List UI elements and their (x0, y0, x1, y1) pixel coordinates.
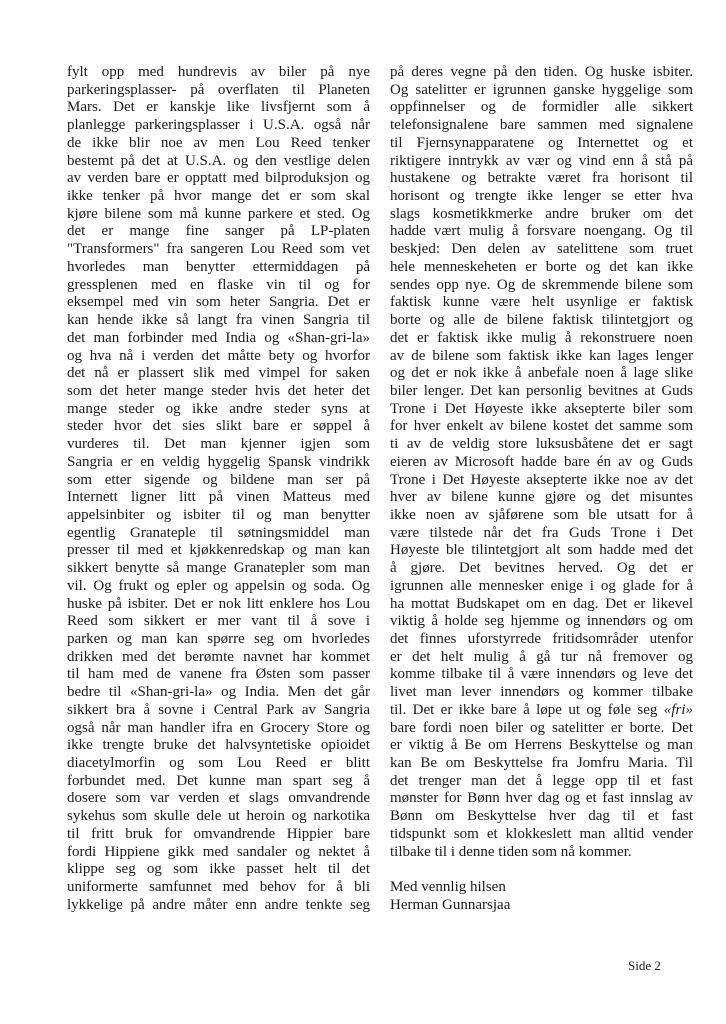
text-line: diacetylmorfin og som Lou Reed er blitt (67, 755, 370, 773)
text-line: planlegge parkeringsplasser i U.S.A. ogs… (67, 117, 370, 135)
text-line: beskjed: Den delen av satelittene som tr… (390, 241, 693, 259)
text-line: ikke noen av sjåførene som ble utsatt fo… (390, 507, 693, 525)
text-line: lykkelige på andre måter enn andre tenkt… (67, 897, 370, 915)
text-line: sendes opp nye. Og de skremmende bilene … (390, 277, 693, 295)
text-line: Trone i Det Høyeste aksepterte ikke noe … (390, 472, 693, 490)
closing-greeting: Med vennlig hilsen (390, 879, 693, 897)
text-line: biler lenger. Det kan personlig bevitnes… (390, 383, 693, 401)
document-page: fylt opp med hundrevis av biler på nyepa… (0, 0, 726, 1024)
text-line: mange steder og ikke andre steder syns a… (67, 401, 370, 419)
text-line: sikkert benytte så mange Granatepler som… (67, 560, 370, 578)
text-line: det er faktisk ikke mulig å rekonstruere… (390, 330, 693, 348)
text-line: slags kosmetikkmerke andre bruker om det (390, 206, 693, 224)
text-line: dosere som var verden et slags omvandren… (67, 790, 370, 808)
text-line: hver av bilene kunne gjøre og det misunt… (390, 489, 693, 507)
text-line: av verden bare er opptatt med bilproduks… (67, 170, 370, 188)
text-line: og hva nå i verden det måtte bety og hvo… (67, 348, 370, 366)
text-line: egentlig Granateple til søtningsmiddel m… (67, 525, 370, 543)
text-line: Reed som sikkert er mer vant til å sove … (67, 613, 370, 631)
text-line: klippe seg og som ikke passet helt til d… (67, 861, 370, 879)
text-line: det nå er plassert slik med vimpel for s… (67, 365, 370, 383)
text-line: mønster for Bønn hver dag og et fast inn… (390, 790, 693, 808)
left-column: fylt opp med hundrevis av biler på nyepa… (67, 64, 370, 915)
text-line: fylt opp med hundrevis av biler på nye (67, 64, 370, 82)
text-line: eieren av Microsoft hadde bare én av og … (390, 454, 693, 472)
text-line: Trone i Det Høyeste ikke aksepterte bile… (390, 401, 693, 419)
text-line: på deres vegne på den tiden. Og huske is… (390, 64, 693, 82)
text-line: hele menneskeheten er borte og det kan i… (390, 259, 693, 277)
text-line: steder hvor det sies slikt bare er søppe… (67, 418, 370, 436)
text-line: til ham med de vanene fra Østen som pass… (67, 666, 370, 684)
text-line: til Fjernsynapparatene og Internettet og… (390, 135, 693, 153)
text-line: det finnes uforstyrrede fritidsområder u… (390, 631, 693, 649)
text-line: telefonsignalene bare sammen med signale… (390, 117, 693, 135)
text-line: som etter sigende og bildene man ser på (67, 472, 370, 490)
text-line: faktisk kunne være helt usynlige er fakt… (390, 294, 693, 312)
text-line: av de bilene som faktisk ikke kan lages … (390, 348, 693, 366)
signature-name: Herman Gunnarsjaa (390, 897, 693, 915)
text-line: Sangria er en veldig hyggelig Spansk vin… (67, 454, 370, 472)
text-line: hadde vært mulig å forsvare noengang. Og… (390, 223, 693, 241)
text-line: igrunnen alle mennesker enige i og glade… (390, 578, 693, 596)
text-line: kjøre bilene som må kunne parkere et ste… (67, 206, 370, 224)
text-line: sikkert bra å sovne i Central Park av Sa… (67, 702, 370, 720)
text-line: "Transformers" fra sangeren Lou Reed som… (67, 241, 370, 259)
text-line: bare fordi noen biler og satelitter er b… (390, 720, 693, 738)
text-line: bestemt på det at U.S.A. og den vestlige… (67, 153, 370, 171)
text-line: det trenger man det å legge opp til et f… (390, 773, 693, 791)
text-line: drikken med det berømte navnet har komme… (67, 649, 370, 667)
text-line: riktigere inntrykk av vær og vind enn å … (390, 153, 693, 171)
text-line: uniformerte samfunnet med behov for å bl… (67, 879, 370, 897)
text-line: til. Det er ikke bare å løpe ut og føle … (390, 702, 693, 720)
text-line: også når man handler ifra en Grocery Sto… (67, 720, 370, 738)
text-line: gressplenen med en flaske vin til og for (67, 277, 370, 295)
text-line: det er mange fine sanger på LP-platen (67, 223, 370, 241)
text-line: sykehus som skulle dele ut heroin og nar… (67, 808, 370, 826)
text-line: huske på isbiter. Det er nok litt enkler… (67, 596, 370, 614)
text-line: bedre til «Shan-gri-la» og India. Men de… (67, 684, 370, 702)
text-line: til fritt bruk for omvandrende Hippier b… (67, 826, 370, 844)
text-line: som det heter mange steder hvis det hete… (67, 383, 370, 401)
text-line: appelsinbiter og isbiter til og man beny… (67, 507, 370, 525)
text-line: det man forbinder med India og «Shan-gri… (67, 330, 370, 348)
text-line: livet man lever innendørs og kommer tilb… (390, 684, 693, 702)
text-line: vil. Og frukt og epler og appelsin og so… (67, 578, 370, 596)
page-number: Side 2 (628, 958, 661, 974)
text-line: tidspunkt som et klokkeslett man alltid … (390, 826, 693, 844)
text-line: horisont og trengte ikke lenger se etter… (390, 188, 693, 206)
signoff: Med vennlig hilsen Herman Gunnarsjaa (390, 879, 693, 914)
right-column: på deres vegne på den tiden. Og huske is… (390, 64, 693, 915)
text-line: kan Be om Beskyttelse fra Jomfru Maria. … (390, 755, 693, 773)
text-line: presser til med et kjøkkenredskap og man… (67, 542, 370, 560)
text-line: viktig å holde seg hjemme og innendørs o… (390, 613, 693, 631)
text-line: ikke trengte bruke det halvsyntetiske op… (67, 737, 370, 755)
text-fragment: til. Det er ikke bare å løpe ut og føle … (390, 702, 664, 718)
text-line: eksempel med vin som heter Sangria. Det … (67, 294, 370, 312)
text-line: parken og man kan spørre seg om hvorlede… (67, 631, 370, 649)
text-line: være tilstede når det fra Guds Trone i D… (390, 525, 693, 543)
text-line: borte og alle de bilene faktisk tilintet… (390, 312, 693, 330)
text-line: Internett ligner litt på vinen Matteus m… (67, 489, 370, 507)
text-line: tilbake til i denne tiden som nå kommer. (390, 844, 693, 862)
text-line: kan hende ikke så langt fra vinen Sangri… (67, 312, 370, 330)
text-line: ha mottat Budskapet om en dag. Det er li… (390, 596, 693, 614)
text-line: Høyeste ble tilintetgjort alt som hadde … (390, 542, 693, 560)
text-line: ti av de veldig store luksusbåtene det e… (390, 436, 693, 454)
text-line: ikke tenker på hvor mange det er som ska… (67, 188, 370, 206)
text-line: fordi Hippiene gikk med sandaler og nekt… (67, 844, 370, 862)
text-line: og det er nok ikke å anbefale noen å lag… (390, 365, 693, 383)
text-line: Og satelitter er igrunnen ganske hyggeli… (390, 82, 693, 100)
text-line: komme tilbake til å være innendørs og le… (390, 666, 693, 684)
text-line: å gjøre. Det bevitnes herved. Og det er (390, 560, 693, 578)
text-line: forbundet med. Det kunne man spart seg å (67, 773, 370, 791)
text-line: hvorledes man benytter ettermiddagen på (67, 259, 370, 277)
text-line: Bønn om Beskyttelse hver dag til et fast (390, 808, 693, 826)
text-line: for hver enkelt av bilene kostet det sam… (390, 418, 693, 436)
text-line: er viktig å Be om Herrens Beskyttelse og… (390, 737, 693, 755)
text-line: hustakene og betrakte været fra horisont… (390, 170, 693, 188)
text-line: de ikke blir noe av men Lou Reed tenker (67, 135, 370, 153)
text-line: er det helt mulig å gå tur nå fremover o… (390, 649, 693, 667)
text-line: oppfinnelser og de formidler alle sikker… (390, 99, 693, 117)
text-line: vurderes til. Det man kjenner igjen som (67, 436, 370, 454)
italic-word-fri: «fri» (664, 702, 693, 718)
text-line: Mars. Det er kanskje like livsfjernt som… (67, 99, 370, 117)
text-line: parkeringsplasser- på overflaten til Pla… (67, 82, 370, 100)
